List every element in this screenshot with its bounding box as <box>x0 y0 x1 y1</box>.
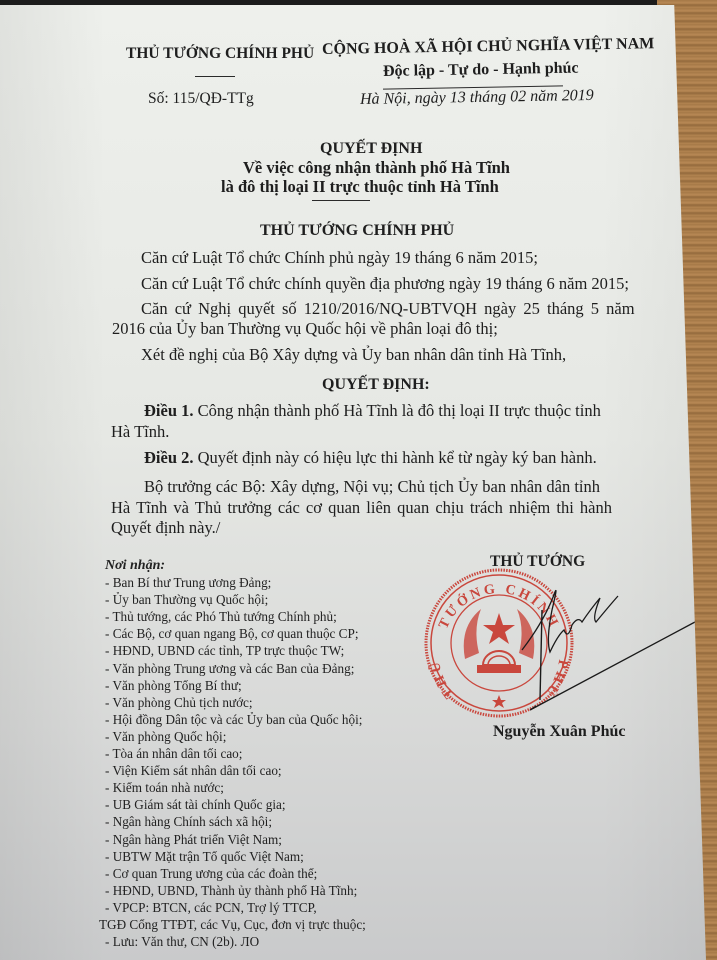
recipient-item: - Viện Kiểm sát nhân dân tối cao; <box>105 762 366 779</box>
recipient-item: - Các Bộ, cơ quan ngang Bộ, cơ quan thuộ… <box>105 625 366 642</box>
preamble-line: Căn cứ Luật Tổ chức Chính phủ ngày 19 th… <box>141 248 538 268</box>
preamble-line: Xét đề nghị của Bộ Xây dựng và Ủy ban nh… <box>141 345 566 365</box>
article-2: Điều 2. Quyết định này có hiệu lực thi h… <box>144 448 597 468</box>
recipient-item: - Văn phòng Trung ương và các Ban của Đả… <box>105 660 366 677</box>
article-1: Điều 1. Công nhận thành phố Hà Tĩnh là đ… <box>144 401 601 421</box>
national-motto: Độc lập - Tự do - Hạnh phúc <box>383 60 579 81</box>
recipient-item: - Ban Bí thư Trung ương Đảng; <box>105 574 366 591</box>
recipient-item: - Thủ tướng, các Phó Thủ tướng Chính phủ… <box>105 608 366 625</box>
subject-line-1: Về việc công nhận thành phố Hà Tĩnh <box>243 158 510 178</box>
recipients-list: Nơi nhận: - Ban Bí thư Trung ương Đảng; … <box>105 557 366 950</box>
svg-text:THỦ: THỦ <box>426 658 458 701</box>
signer-name: Nguyễn Xuân Phúc <box>493 723 625 741</box>
recipient-item: - VPCP: BTCN, các PCN, Trợ lý TTCP, <box>105 899 366 916</box>
decides-heading: QUYẾT ĐỊNH: <box>322 376 430 394</box>
document-number: Số: 115/QĐ-TTg <box>148 90 254 108</box>
recipient-item: - Cơ quan Trung ương của các đoàn thể; <box>105 865 366 882</box>
recipient-item: - Kiểm toán nhà nước; <box>105 779 366 796</box>
article-2-text: Quyết định này có hiệu lực thi hành kể t… <box>194 448 597 467</box>
recipient-item: - Văn phòng Quốc hội; <box>105 728 366 745</box>
recipient-item: - UBTW Mặt trận Tổ quốc Việt Nam; <box>105 848 366 865</box>
issuer-underline <box>195 76 235 77</box>
recipient-item: - UB Giám sát tài chính Quốc gia; <box>105 796 366 813</box>
recipient-item: - Hội đồng Dân tộc và các Ủy ban của Quố… <box>105 711 366 728</box>
recipient-item: - Ngân hàng Chính sách xã hội; <box>105 813 366 830</box>
document-page: THỦ TƯỚNG CHÍNH PHỦ Số: 115/QĐ-TTg CỘNG … <box>0 5 706 960</box>
recipient-item: - Lưu: Văn thư, CN (2b). ЛО <box>105 933 366 950</box>
recipient-item: - HĐND, UBND các tỉnh, TP trực thuộc TW; <box>105 642 366 659</box>
responsibility-line: Hà Tĩnh và Thủ trưởng các cơ quan liên q… <box>111 498 612 518</box>
handwritten-signature-icon <box>500 580 700 725</box>
recipient-item: - Văn phòng Chủ tịch nước; <box>105 694 366 711</box>
responsibility-line: Quyết định này./ <box>111 518 220 538</box>
authority-heading: THỦ TƯỚNG CHÍNH PHỦ <box>260 222 454 240</box>
issuer-name: THỦ TƯỚNG CHÍNH PHỦ <box>126 45 314 63</box>
article-2-label: Điều 2. <box>144 448 194 467</box>
preamble-line: Căn cứ Luật Tổ chức chính quyền địa phươ… <box>141 274 629 294</box>
article-1-continuation: Hà Tĩnh. <box>111 422 169 442</box>
nation-name: CỘNG HOÀ XÃ HỘI CHỦ NGHĨA VIỆT NAM <box>322 35 655 59</box>
recipient-item: - HĐND, UBND, Thành ủy thành phố Hà Tĩnh… <box>105 882 366 899</box>
recipient-item: - Tòa án nhân dân tối cao; <box>105 745 366 762</box>
document-type: QUYẾT ĐỊNH <box>320 140 422 158</box>
article-1-label: Điều 1. <box>144 401 194 420</box>
responsibility-line: Bộ trưởng các Bộ: Xây dựng, Nội vụ; Chủ … <box>144 477 600 497</box>
recipient-item: - Ủy ban Thường vụ Quốc hội; <box>105 591 366 608</box>
recipient-item: - Ngân hàng Phát triển Việt Nam; <box>105 831 366 848</box>
place-and-date: Hà Nội, ngày 13 tháng 02 năm 2019 <box>360 87 594 109</box>
recipient-item: - Văn phòng Tổng Bí thư; <box>105 677 366 694</box>
recipients-heading: Nơi nhận: <box>105 557 366 574</box>
subject-line-2: là đô thị loại II trực thuộc tỉnh Hà Tĩn… <box>221 177 499 197</box>
article-1-text: Công nhận thành phố Hà Tĩnh là đô thị lo… <box>194 401 601 420</box>
preamble-line: 2016 của Ủy ban Thường vụ Quốc hội về ph… <box>112 319 498 339</box>
title-underline <box>312 200 370 201</box>
preamble-line: Căn cứ Nghị quyết số 1210/2016/NQ-UBTVQH… <box>141 299 635 319</box>
recipient-item: TGĐ Cổng TTĐT, các Vụ, Cục, đơn vị trực … <box>99 916 366 933</box>
